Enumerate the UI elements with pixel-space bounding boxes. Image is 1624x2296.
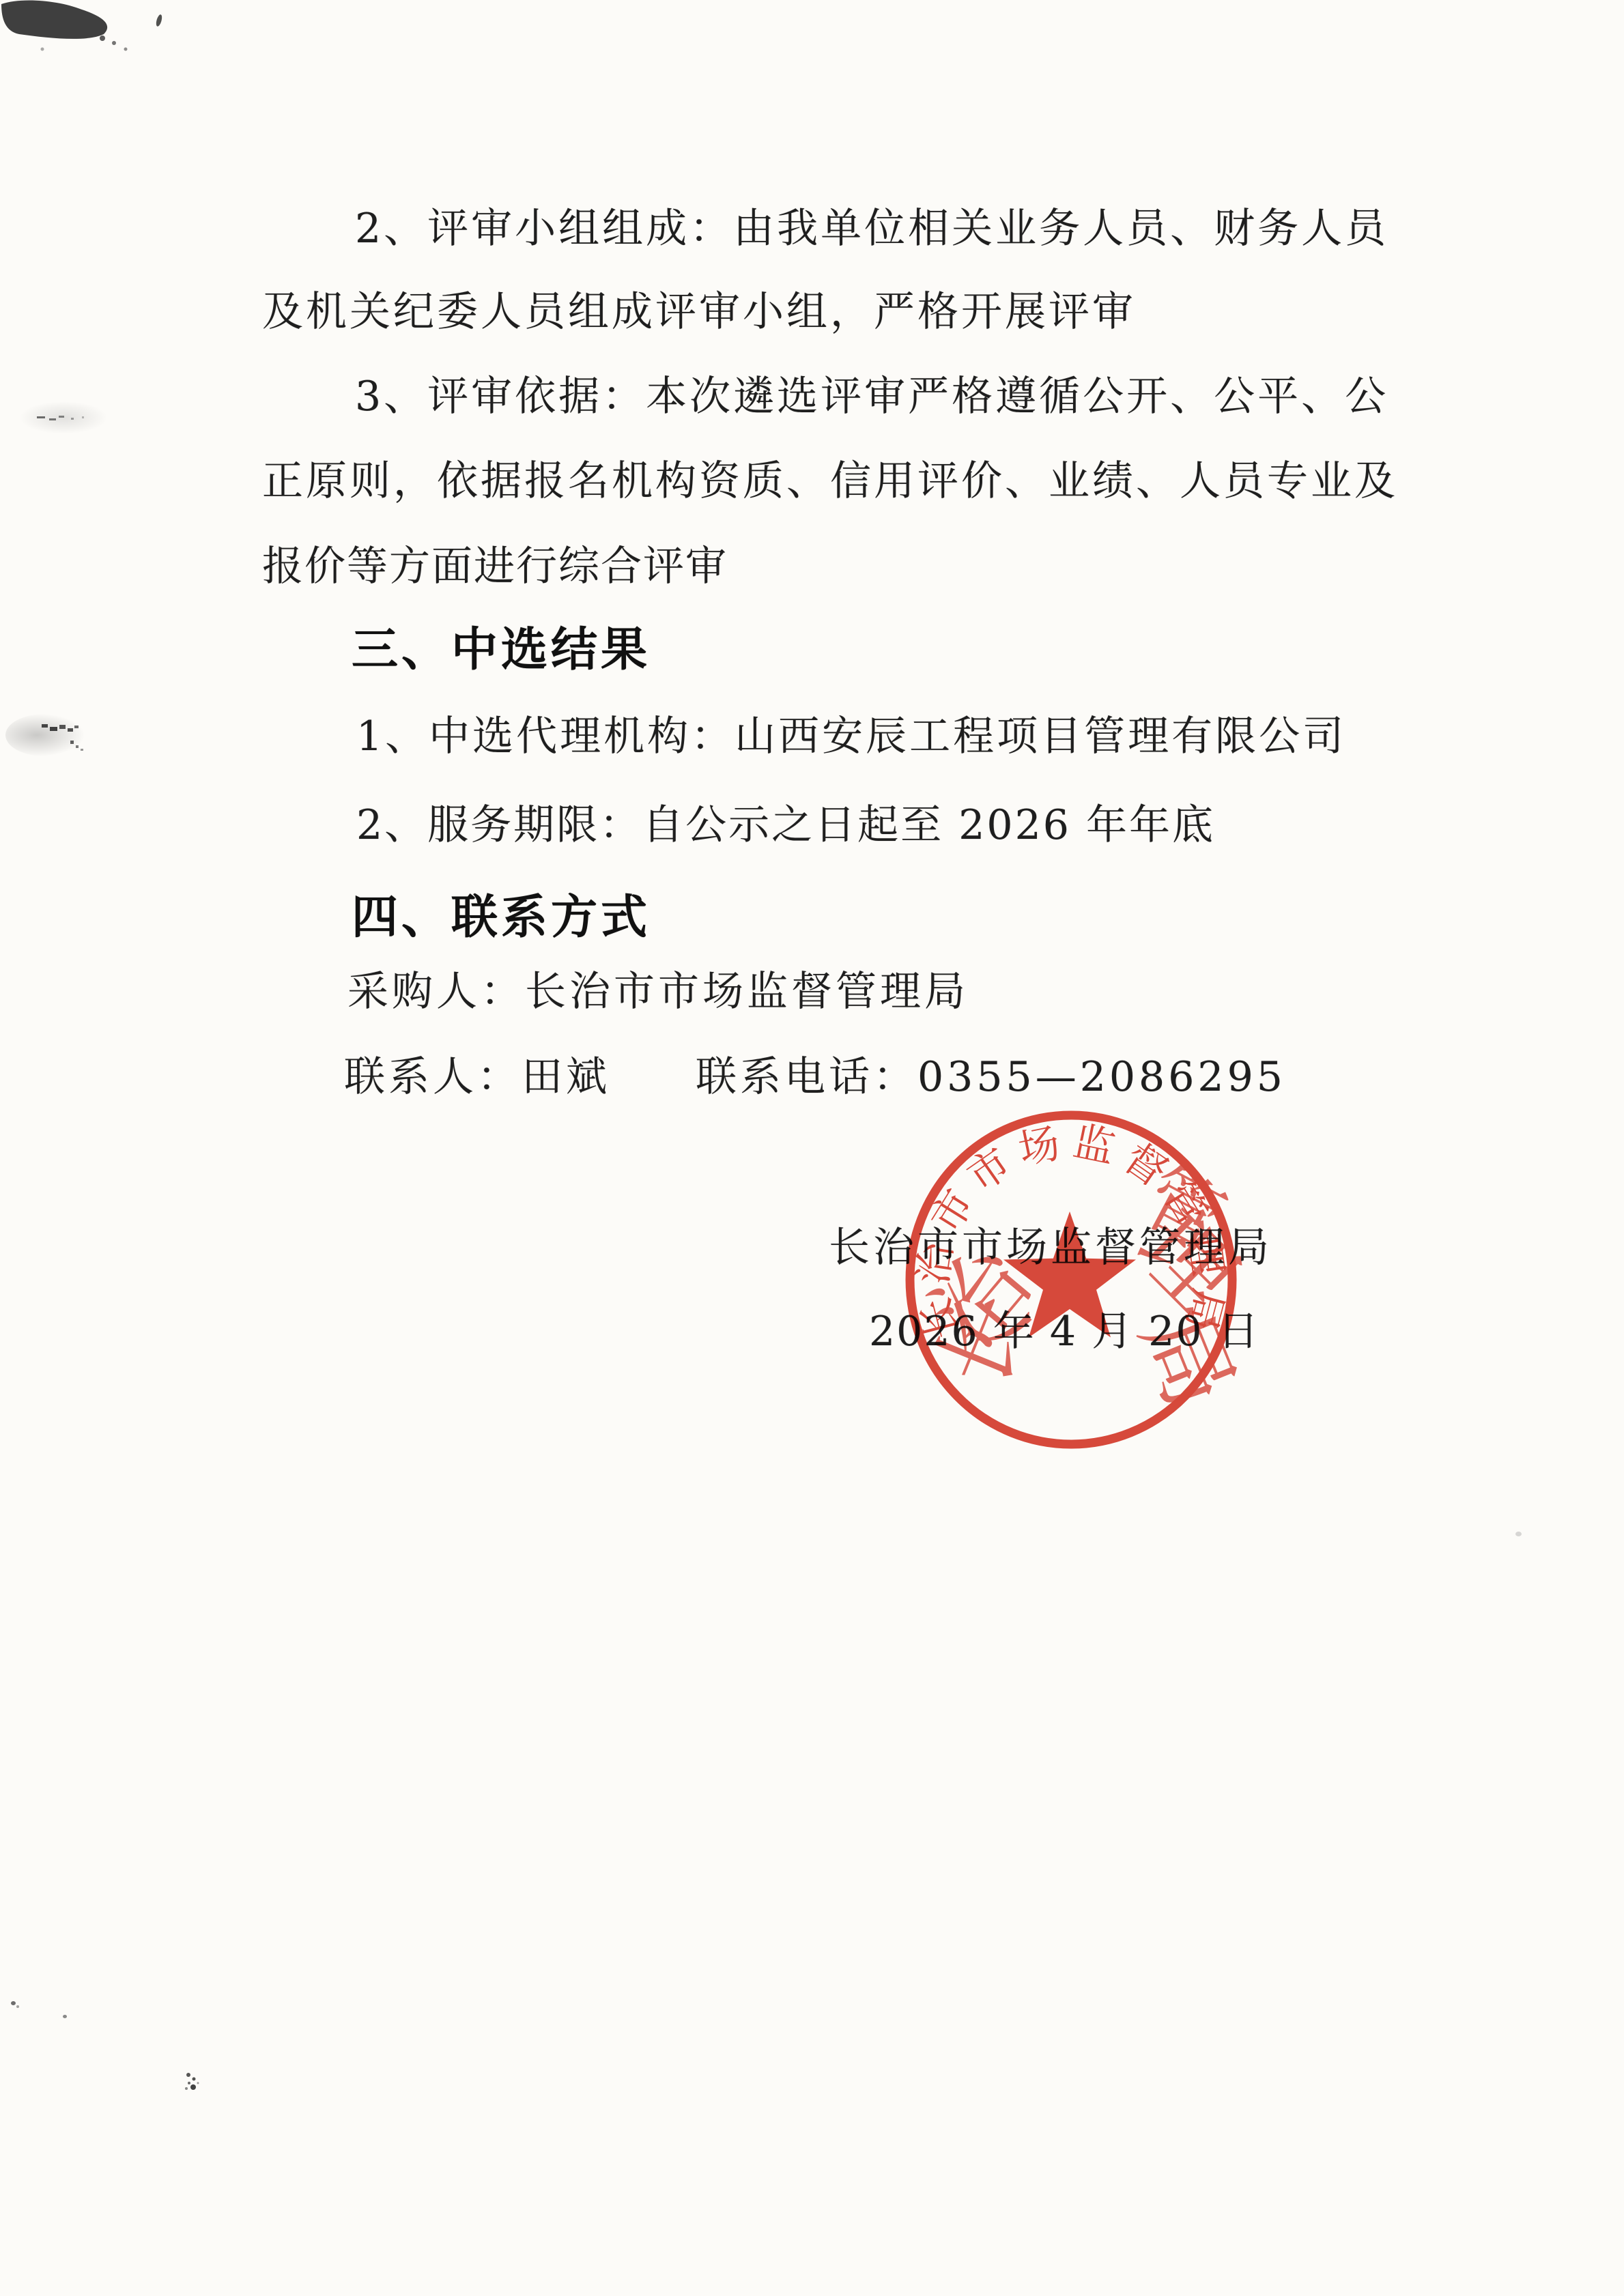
para-review-basis-line1: 3、评审依据：本次遴选评审严格遵循公开、公平、公 [355,374,1388,419]
scan-artifact-speck [1515,1532,1522,1536]
contact-person: 联系人：田斌 [344,1053,610,1101]
contact-line: 联系人：田斌联系电话：0355—2086295 [344,1054,1286,1100]
heading-selection-result: 三、中选结果 [352,625,651,676]
scan-artifact-smudge [19,401,108,434]
scan-artifact-speck [16,2005,19,2008]
para-review-team-line2: 及机关纪委人员组成评审小组，严格开展评审 [262,289,1136,334]
scan-artifact-speck [11,2001,16,2005]
result-period-line: 2、服务期限：自公示之日起至 2026 年年底 [356,803,1215,848]
para-review-basis-line3: 报价等方面进行综合评审 [262,544,728,589]
official-seal-stamp: 长治市市场监督管理局 治 长 管 理 局 [898,1106,1244,1454]
scan-artifact-speck-cluster [180,2069,208,2097]
para-review-team-line1: 2、评审小组组成：由我单位相关业务人员、财务人员 [355,206,1388,251]
seal-ghost-char: 局 [1121,1297,1244,1423]
para-review-basis-line2: 正原则，依据报名机构资质、信用评价、业绩、人员专业及 [262,459,1398,504]
scan-artifact-speck [63,2015,67,2018]
purchaser-line: 采购人：长治市市场监督管理局 [347,969,969,1014]
heading-contact-info: 四、联系方式 [352,893,651,944]
scan-artifact-corner-blob [0,0,177,61]
document-page: 2、评审小组组成：由我单位相关业务人员、财务人员 及机关纪委人员组成评审小组，严… [0,0,1624,2296]
result-agency-line: 1、中选代理机构：山西安辰工程项目管理有限公司 [356,714,1346,759]
contact-phone: 联系电话：0355—2086295 [696,1053,1286,1101]
scan-artifact-smudge [5,714,84,756]
